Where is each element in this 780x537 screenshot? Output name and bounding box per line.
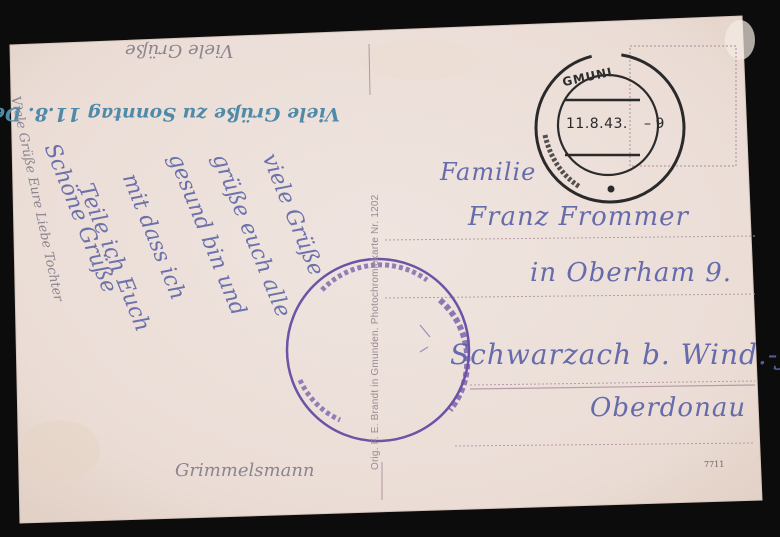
publisher-line: Orig. F. E. Brandt in Gmunden. Photochro… — [370, 195, 381, 470]
postmark-hour: – 9 — [644, 116, 664, 132]
signature: Grimmelsmann — [175, 460, 315, 481]
postmark-date: 11.8.43. — [566, 116, 628, 132]
address-line-2: Franz Frommer — [468, 202, 689, 232]
serial-number: 7711 — [704, 460, 724, 469]
message-top-line: Viele Grüße zu Sonntag 11.8. Dein Sohn R… — [0, 103, 340, 125]
address-line-3: in Oberham 9. — [530, 258, 732, 288]
pencil-note-top: Viele Grüße — [125, 40, 233, 61]
address-line-4: Schwarzach b. Wind.-J. — [450, 338, 780, 371]
address-line-1: Familie — [440, 158, 536, 186]
postcard: GMUNI 11.8.43. – 9 Orig. F. E. Brandt in… — [0, 0, 780, 537]
address-line-5: Oberdonau — [590, 393, 746, 423]
